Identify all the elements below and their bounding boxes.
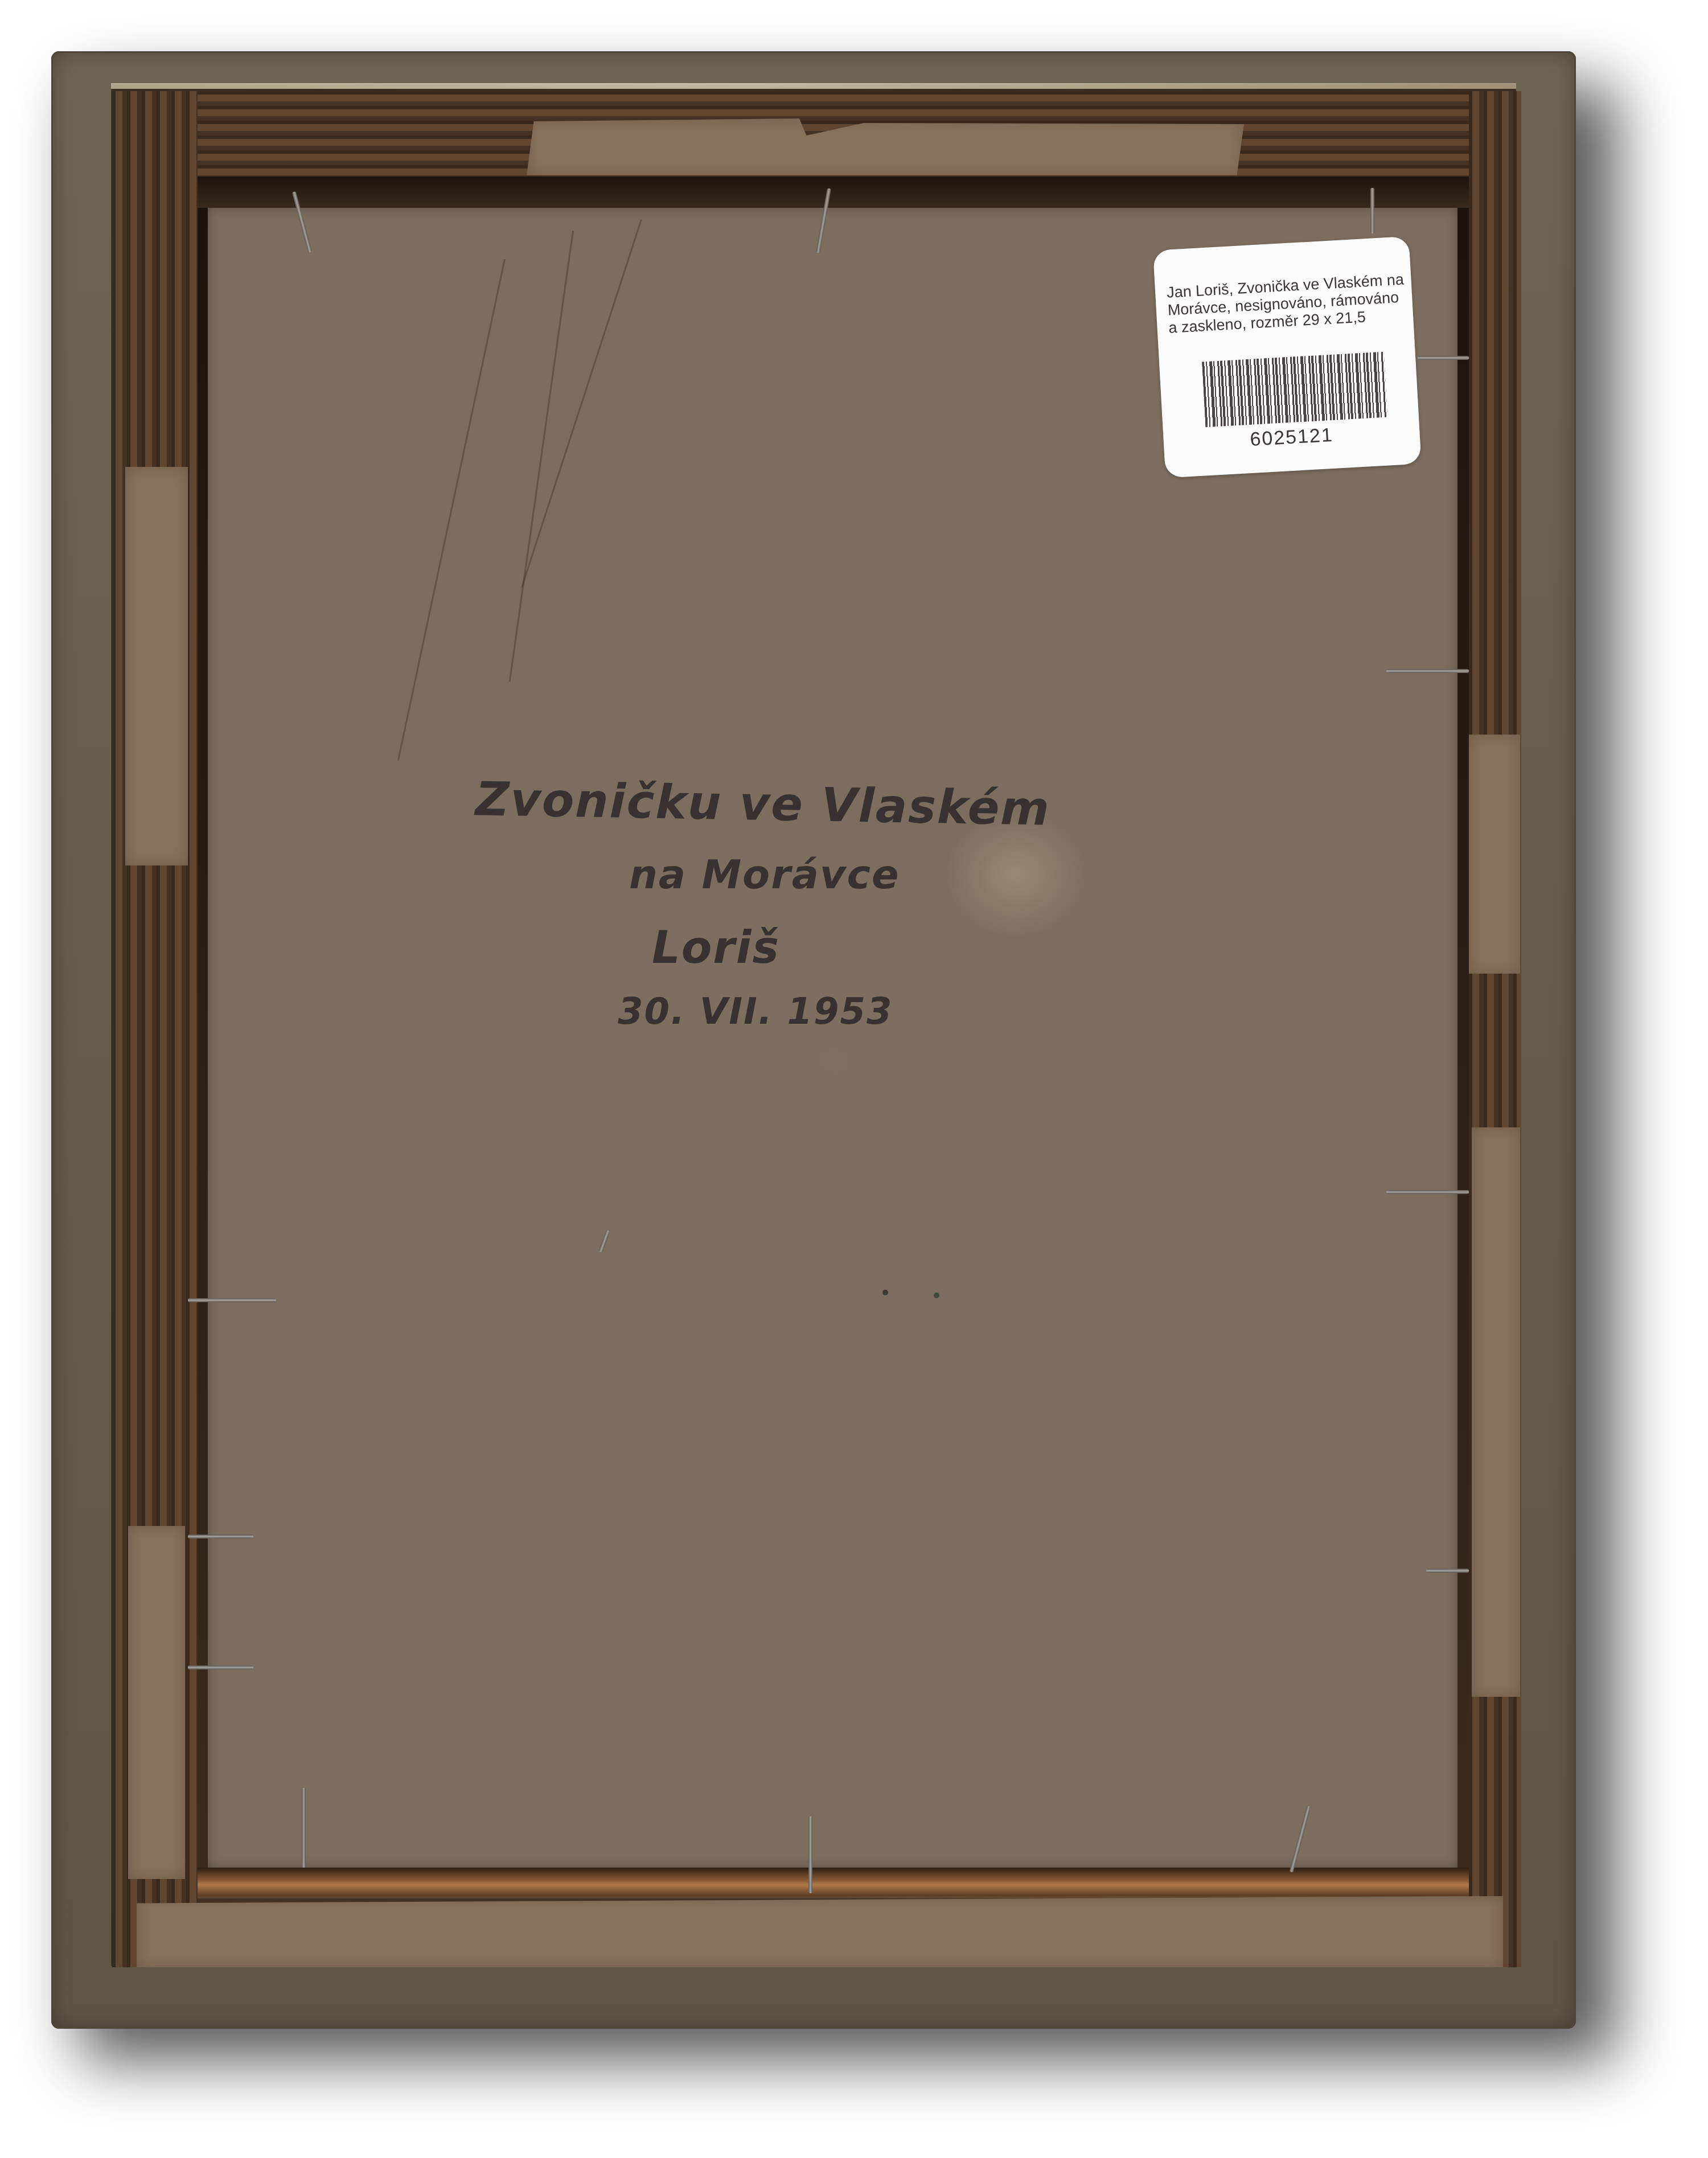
inscription-title-line1: Zvoničku ve Vlaském (475, 772, 1050, 836)
paper-tape-bottom (137, 1896, 1503, 1967)
nail-icon (188, 1298, 276, 1302)
paper-tape-left-upper (125, 467, 188, 865)
nail-icon (808, 1816, 812, 1893)
nail-icon (1386, 669, 1469, 673)
inscription-title-line2: na Morávce (629, 851, 900, 898)
frame-worn-edge (111, 83, 1516, 89)
nail-icon (188, 1665, 253, 1669)
nail-icon (1370, 188, 1374, 233)
paper-tape-right-upper (1469, 735, 1520, 974)
gap-top (198, 177, 1469, 208)
inventory-label: Jan Loriš, Zvonička ve Vlaském na Morávc… (1153, 236, 1422, 478)
gap-right (1457, 208, 1469, 1868)
inscription-date: 30. VII. 1953 (618, 991, 893, 1033)
paper-tape-top (527, 118, 1244, 175)
paper-tape-left-lower (128, 1526, 185, 1879)
barcode-number: 6025121 (1163, 419, 1420, 456)
paper-tape-right-lower (1472, 1127, 1520, 1697)
nail-icon (188, 1535, 253, 1539)
scratch-mark (397, 259, 506, 761)
nail-icon (1426, 1569, 1469, 1573)
stain-speck (934, 1293, 939, 1298)
label-description: Jan Loriš, Zvonička ve Vlaském na Morávc… (1166, 270, 1408, 337)
nail-icon (302, 1788, 306, 1868)
stain-speck (882, 1290, 888, 1295)
scratch-mark (521, 219, 642, 588)
gap-bottom (198, 1868, 1469, 1896)
gap-left (198, 208, 208, 1868)
inscription-signature: Loriš (652, 922, 780, 974)
nail-icon (1418, 356, 1469, 360)
barcode-icon (1202, 352, 1387, 428)
nail-icon (1386, 1190, 1469, 1194)
